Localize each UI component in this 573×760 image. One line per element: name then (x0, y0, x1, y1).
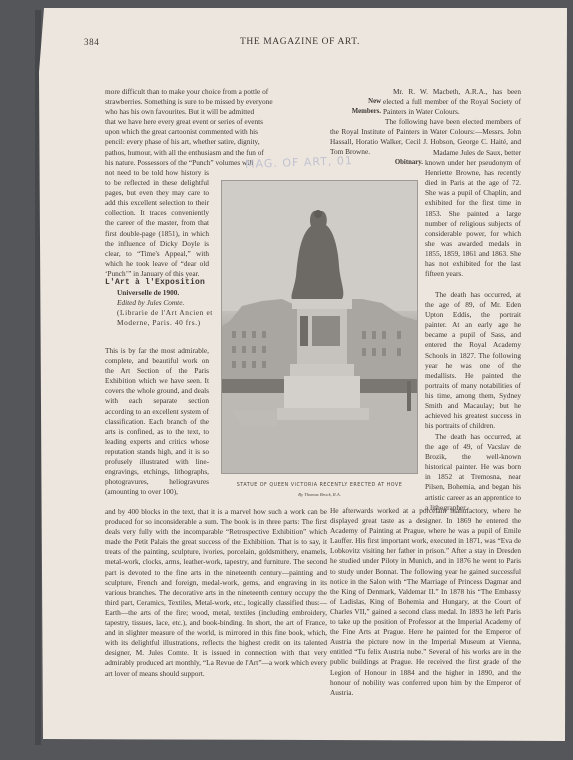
obituary-saux: Madame Jules de Saux, better known under… (425, 148, 521, 279)
intro-line: pencil: every phase of his art, whether … (105, 137, 321, 147)
book-editor: Edited by Jules Comte. (105, 298, 215, 308)
intro-line: strawberries. Something is sure to be mi… (105, 97, 321, 107)
review-paragraph-start: This is by far the most admirable, compl… (105, 346, 209, 497)
figure-caption: STATUE OF QUEEN VICTORIA RECENTLY ERECTE… (221, 483, 418, 488)
side-label-line: New (335, 97, 381, 107)
running-title: THE MAGAZINE OF ART. (84, 37, 516, 47)
side-label-new-members: New Members. (335, 97, 381, 117)
brozik-paragraph-continued: He afterwards worked at a porcelain manu… (330, 506, 521, 698)
intro-line: that we have here every great event or s… (105, 117, 321, 127)
side-label-line: Members. (335, 107, 381, 117)
obituary-eddis: The death has occurred, at the age of 89… (425, 290, 521, 431)
intro-line: who has his own favourites. But it will … (105, 107, 321, 117)
eddis-paragraph: The death has occurred, at the age of 89… (425, 290, 521, 431)
brozik-paragraph-start: The death has occurred, at the age of 49… (425, 432, 521, 513)
macbeth-paragraph: Mr. R. W. Macbeth, A.R.A., has been elec… (383, 87, 521, 117)
review-paragraph-continued: and by 400 blocks in the text, that it i… (105, 507, 327, 679)
left-narrow-paragraph: not need to be told how history is to be… (105, 168, 209, 279)
book-title-line2: Universelle de 1900. (105, 288, 215, 298)
saux-paragraph: Madame Jules de Saux, better known under… (425, 148, 521, 279)
book-publisher: (Librarie de l'Art Ancien et Moderne, Pa… (105, 308, 215, 328)
book-heading: L'Art à l'Exposition Universelle de 1900… (105, 278, 215, 328)
intro-line: upon which the great cartoonist commente… (105, 127, 321, 137)
review-wide: and by 400 blocks in the text, that it i… (105, 507, 327, 679)
new-members-paragraph-1: Mr. R. W. Macbeth, A.R.A., has been elec… (383, 87, 521, 117)
statue-photograph (221, 180, 418, 474)
obituary-brozik-wide: He afterwards worked at a porcelain manu… (330, 506, 521, 698)
figure-credit: By Thomas Brock, R.A. (221, 492, 418, 497)
page-header: 384 THE MAGAZINE OF ART. (84, 37, 516, 51)
book-title-line1: L'Art à l'Exposition (105, 278, 215, 288)
side-label-obituary: Obitnary. (383, 158, 423, 168)
intro-line: more difficult than to make your choice … (105, 87, 321, 97)
obituary-brozik-narrow: The death has occurred, at the age of 49… (425, 432, 521, 513)
statue-illustration (222, 181, 418, 474)
punch-paragraph: not need to be told how history is to be… (105, 168, 209, 279)
review-narrow: This is by far the most admirable, compl… (105, 346, 209, 497)
